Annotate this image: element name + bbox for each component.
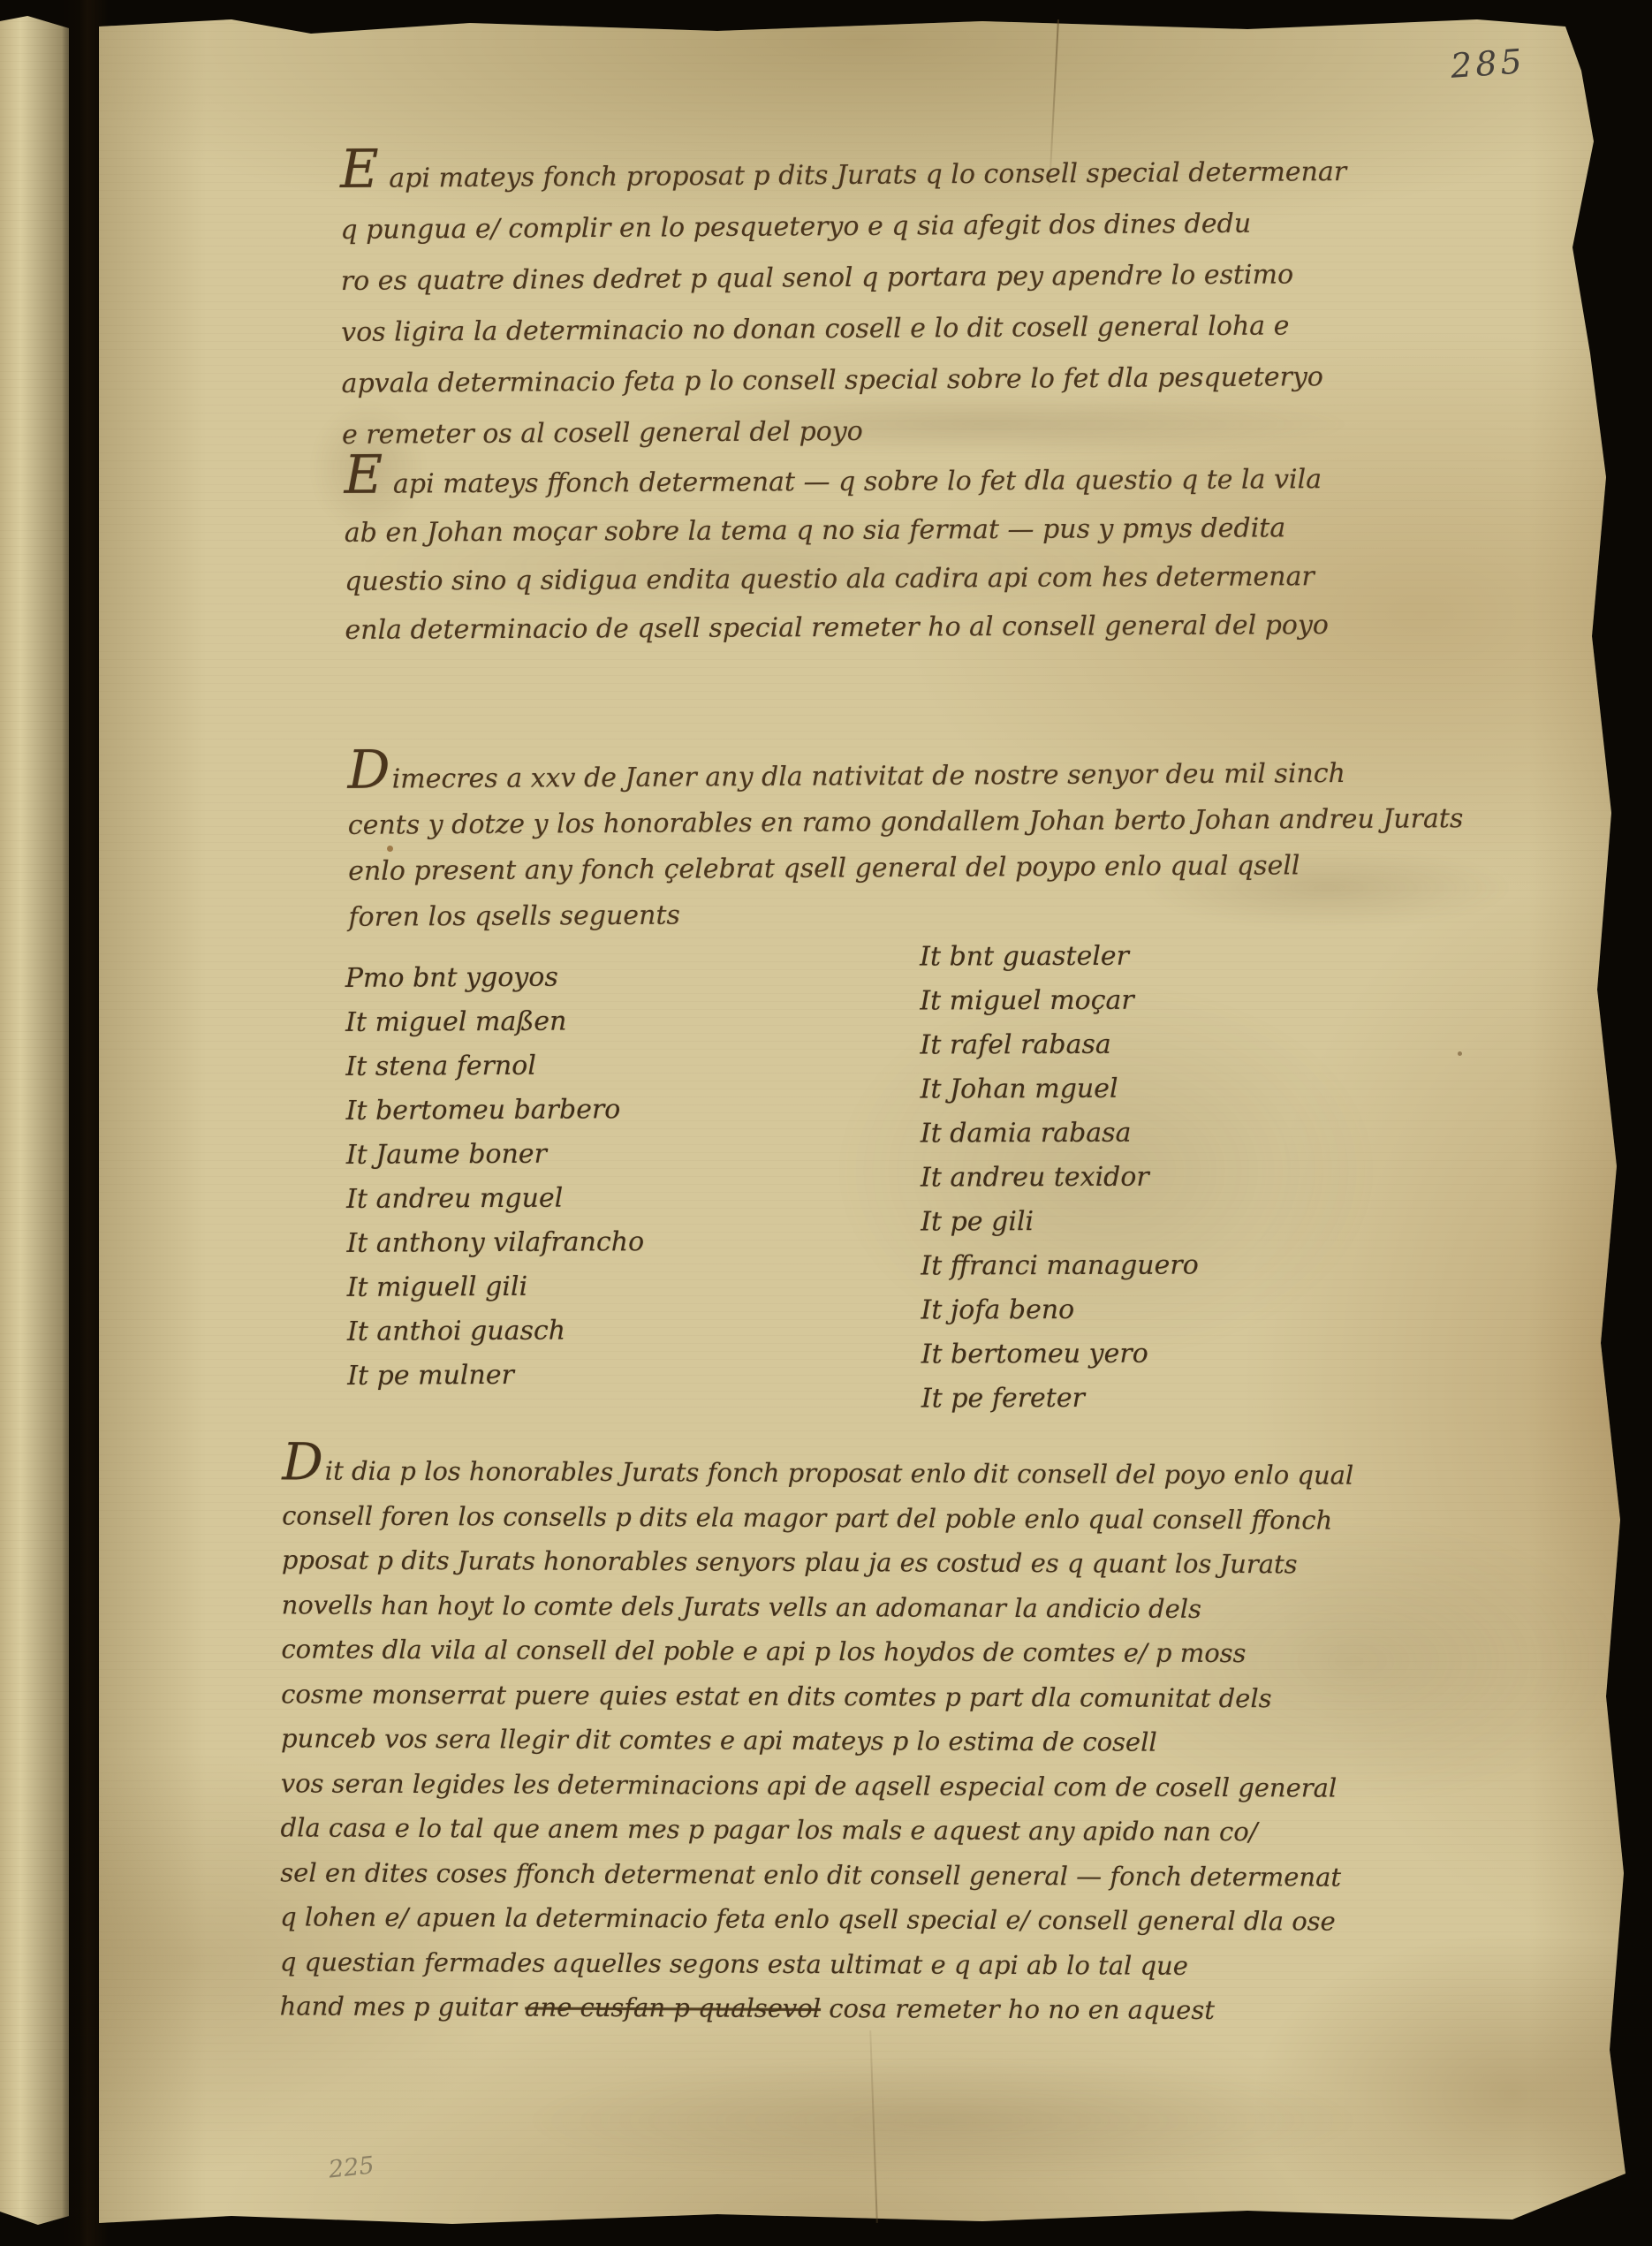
text-line: E api mateys ffonch determenat — q sobre…: [344, 455, 1328, 509]
list-item: It andreu texidor: [921, 1155, 1199, 1200]
text-line: Dit dia p los honorables Jurats fonch pr…: [282, 1448, 1353, 1498]
text-line: comtes dla vila al consell del poble e a…: [281, 1627, 1353, 1676]
list-item: It pe fereter: [921, 1376, 1200, 1421]
list-item: It Jaume boner: [346, 1132, 644, 1178]
text-line: novells han hoyt lo comte dels Jurats ve…: [282, 1582, 1353, 1632]
text-line: q lohen e/ apuen la determinacio feta en…: [280, 1894, 1352, 1944]
text-line: ro es quatre dines dedret p qual senol q…: [341, 249, 1348, 307]
list-item: It anthony vilafrancho: [346, 1220, 644, 1266]
text-line: q pungua e/ complir en lo pesqueteryo e …: [340, 198, 1347, 256]
text-line: cents y dotze y los honorables en ramo g…: [348, 796, 1464, 849]
paragraph-capitol-2: E api mateys ffonch determenat — q sobre…: [344, 455, 1329, 655]
list-item: It bnt guasteler: [920, 934, 1198, 979]
list-item: It miguel moçar: [920, 978, 1198, 1023]
text-line: vos seran legides les determinacions api…: [281, 1761, 1353, 1810]
text-segment: cosa remeter ho no en aquest: [821, 1993, 1215, 2025]
manuscript-photo: 285 E api mateys fonch proposat p dits J…: [0, 0, 1652, 2246]
list-item: It anthoi guasch: [347, 1309, 645, 1354]
text-line-with-strikethrough: hand mes p guitar ane cusfan p qualsevol…: [280, 1984, 1352, 2033]
text-line: vos ligira la determinacio no donan cose…: [341, 300, 1348, 359]
name-list-right: It bnt guasteler It miguel moçar It rafe…: [920, 934, 1199, 1421]
text-line: q questian fermades aquelles segons esta…: [280, 1939, 1352, 1989]
text-line: ab en Johan moçar sobre la tema q no sia…: [345, 504, 1329, 558]
facing-page-edge: [0, 16, 69, 2225]
list-item: Pmo bnt ygoyos: [345, 955, 643, 1001]
bleedthrough-stain: [523, 2059, 1362, 2182]
text-line: apvala determinacio feta p lo consell sp…: [341, 352, 1348, 410]
list-item: It bertomeu barbero: [345, 1088, 643, 1134]
list-item: It rafel rabasa: [920, 1022, 1198, 1067]
list-item: It stena fernol: [345, 1043, 643, 1089]
paragraph-resolution: Dit dia p los honorables Jurats fonch pr…: [280, 1448, 1354, 2033]
list-item: It pe mulner: [347, 1353, 645, 1399]
text-line: sel en dites coses ffonch determenat enl…: [280, 1850, 1352, 1900]
paragraph-capitol-1: E api mateys fonch proposat p dits Jurat…: [340, 147, 1349, 461]
list-item: It ffranci managuero: [921, 1243, 1199, 1288]
text-line: enla determinacio de qsell special remet…: [345, 601, 1329, 655]
bottom-folio-note: 225: [328, 2151, 376, 2183]
text-line: foren los qsells seguents: [348, 888, 1464, 941]
folio-number: 285: [1450, 42, 1527, 86]
text-line: cosme monserrat puere quies estat en dit…: [281, 1672, 1353, 1721]
paragraph-date-heading: Dimecres a xxv de Janer any dla nativita…: [347, 749, 1464, 941]
list-item: It Johan mguel: [921, 1066, 1199, 1112]
list-item: It miguell gili: [347, 1264, 645, 1310]
list-item: It bertomeu yero: [921, 1332, 1200, 1377]
text-line: questio sino q sidigua endita questio al…: [345, 552, 1329, 606]
text-line: e remeter os al cosell general del poyo: [342, 403, 1349, 461]
text-line: consell foren los consells p dits ela ma…: [282, 1493, 1353, 1543]
text-line: Dimecres a xxv de Janer any dla nativita…: [347, 749, 1463, 803]
ink-stain: [1458, 1051, 1462, 1056]
list-item: It pe gili: [921, 1199, 1199, 1244]
text-line: pposat p dits Jurats honorables senyors …: [282, 1537, 1353, 1587]
list-item: It jofa beno: [921, 1287, 1199, 1332]
strikethrough-text: ane cusfan p qualsevol: [525, 1992, 821, 2023]
text-line: dla casa e lo tal que anem mes p pagar l…: [280, 1805, 1352, 1855]
text-segment: hand mes p guitar: [280, 1991, 526, 2022]
text-line: punceb vos sera llegir dit comtes e api …: [281, 1716, 1353, 1765]
list-item: It damia rabasa: [921, 1111, 1199, 1156]
list-item: It miguel maßen: [345, 999, 643, 1045]
name-list-left: Pmo bnt ygoyos It miguel maßen It stena …: [345, 955, 645, 1399]
list-item: It andreu mguel: [346, 1176, 644, 1222]
text-line: E api mateys fonch proposat p dits Jurat…: [340, 147, 1347, 205]
text-line: enlo present any fonch çelebrat qsell ge…: [348, 842, 1464, 895]
